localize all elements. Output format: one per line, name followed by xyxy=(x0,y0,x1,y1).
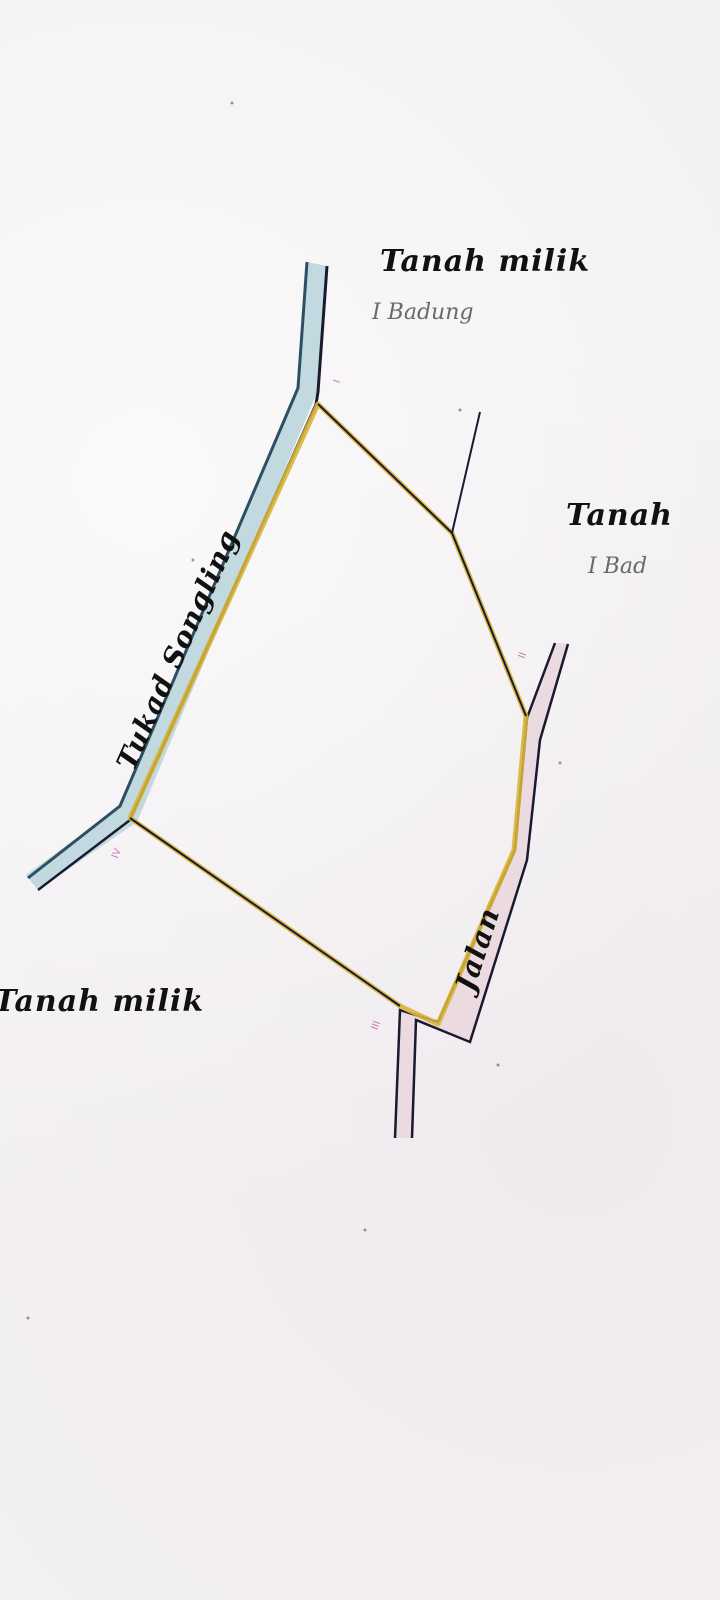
north-owner-label: Tanah milik xyxy=(380,244,590,279)
paper-specks xyxy=(27,102,562,1320)
stream xyxy=(26,262,327,890)
south-owner-label: Tanah milik xyxy=(0,984,204,1019)
neighbour-boundary-line xyxy=(452,412,480,533)
road xyxy=(395,643,568,1138)
parcel-map xyxy=(0,0,720,1600)
north-owner-name: I Badung xyxy=(372,300,473,325)
east-owner-name: I Bad xyxy=(588,554,647,579)
east-owner-label: Tanah xyxy=(566,498,673,533)
